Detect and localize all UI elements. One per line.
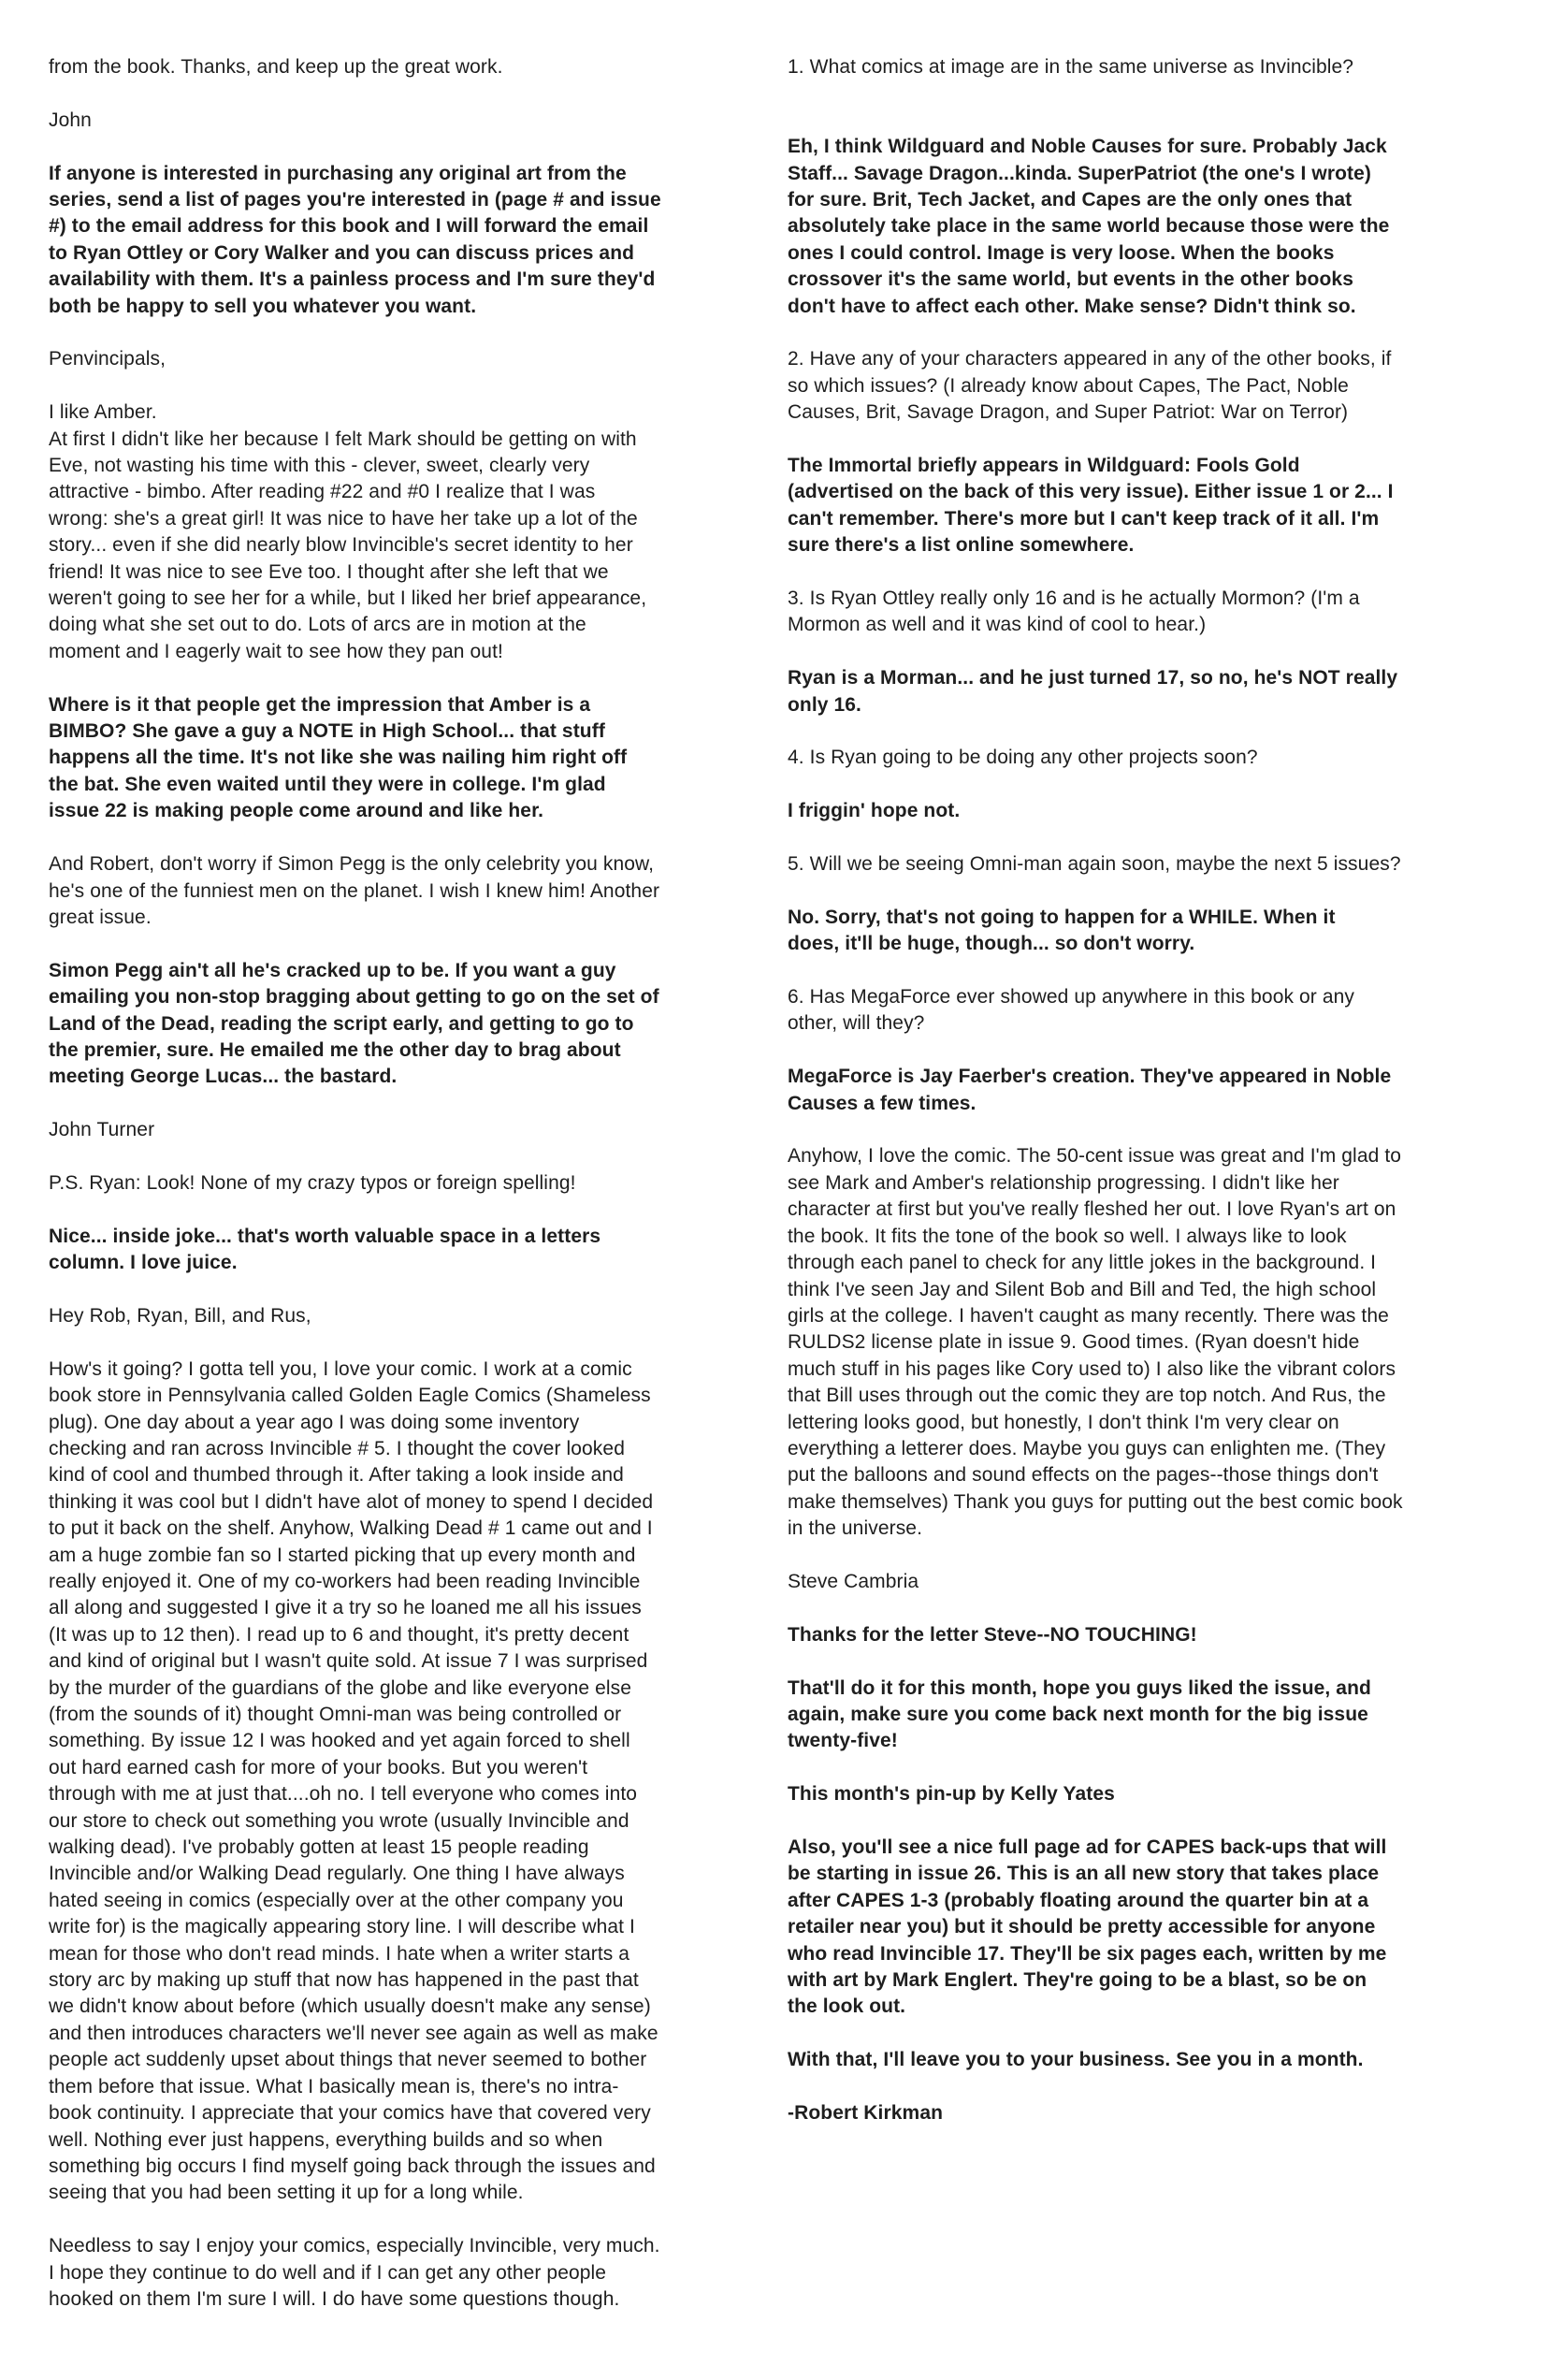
letter-text: How's it going? I gotta tell you, I love… xyxy=(49,1357,778,2207)
editor-response: If anyone is interested in purchasing an… xyxy=(49,161,778,320)
editor-note: Also, you'll see a nice full page ad for… xyxy=(788,1835,1517,2021)
letter-signature: John Turner xyxy=(49,1117,778,1143)
editor-closing: With that, I'll leave you to your busine… xyxy=(788,2047,1517,2073)
editor-response: Thanks for the letter Steve--NO TOUCHING… xyxy=(788,1622,1517,1648)
editor-note: This month's pin-up by Kelly Yates xyxy=(788,1781,1517,1807)
letter-signature: Steve Cambria xyxy=(788,1569,1517,1595)
reader-question: 2. Have any of your characters appeared … xyxy=(788,346,1517,426)
letters-page: { "page": { "background_color": "#ffffff… xyxy=(0,0,1548,2380)
letter-salutation: Penvincipals, xyxy=(49,346,778,372)
editor-response: Nice... inside joke... that's worth valu… xyxy=(49,1224,778,1277)
editor-response: Where is it that people get the impressi… xyxy=(49,692,778,825)
editor-response: Eh, I think Wildguard and Noble Causes f… xyxy=(788,134,1517,320)
reader-question: 6. Has MegaForce ever showed up anywhere… xyxy=(788,984,1517,1038)
letter-signature: John xyxy=(49,108,778,134)
letters-column-left: from the book. Thanks, and keep up the g… xyxy=(49,54,778,2340)
letter-salutation: Hey Rob, Ryan, Bill, and Rus, xyxy=(49,1303,778,1329)
reader-question: 5. Will we be seeing Omni-man again soon… xyxy=(788,851,1517,878)
letter-text: from the book. Thanks, and keep up the g… xyxy=(49,54,778,80)
reader-question: 3. Is Ryan Ottley really only 16 and is … xyxy=(788,586,1517,639)
editor-response: No. Sorry, that's not going to happen fo… xyxy=(788,905,1517,958)
editor-response: Simon Pegg ain't all he's cracked up to … xyxy=(49,958,778,1091)
letter-text: And Robert, don't worry if Simon Pegg is… xyxy=(49,851,778,931)
editor-response: Ryan is a Morman... and he just turned 1… xyxy=(788,665,1517,718)
reader-question: 1. What comics at image are in the same … xyxy=(788,54,1517,80)
letter-postscript: P.S. Ryan: Look! None of my crazy typos … xyxy=(49,1170,778,1197)
editor-response: The Immortal briefly appears in Wildguar… xyxy=(788,453,1517,559)
letters-column-right: 1. What comics at image are in the same … xyxy=(788,54,1517,2154)
editor-signature: -Robert Kirkman xyxy=(788,2100,1517,2126)
editor-response: I friggin' hope not. xyxy=(788,798,1517,824)
editor-response: MegaForce is Jay Faerber's creation. The… xyxy=(788,1064,1517,1117)
reader-question: 4. Is Ryan going to be doing any other p… xyxy=(788,745,1517,771)
letter-text: Needless to say I enjoy your comics, esp… xyxy=(49,2233,778,2313)
letter-text: Anyhow, I love the comic. The 50-cent is… xyxy=(788,1143,1517,1542)
editor-closing: That'll do it for this month, hope you g… xyxy=(788,1676,1517,1755)
letter-text: I like Amber. At first I didn't like her… xyxy=(49,399,778,665)
